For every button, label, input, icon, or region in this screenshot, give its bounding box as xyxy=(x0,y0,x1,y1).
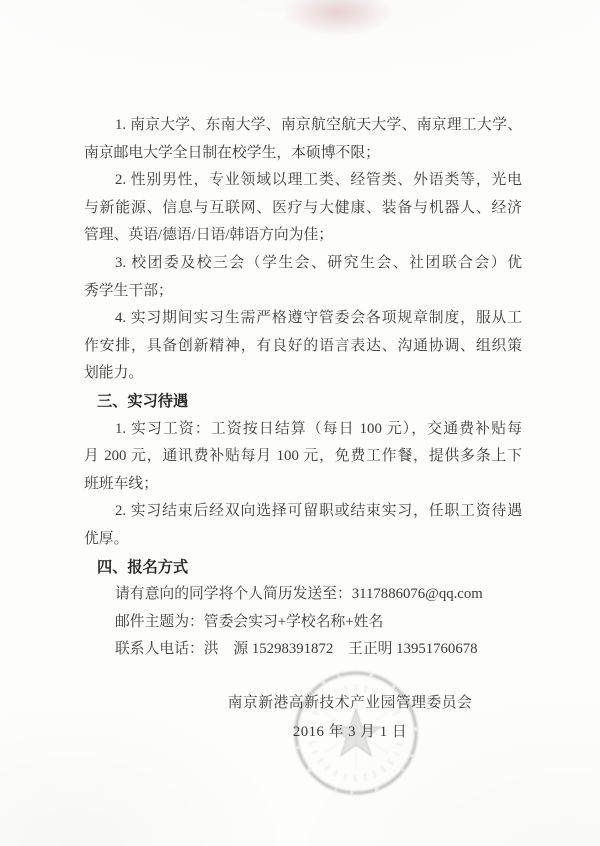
body-text-line: 联系人电话：洪 源 15298391872 王正明 13951760678 xyxy=(84,636,522,664)
body-text-line: 1. 南京大学、东南大学、南京航空航天大学、南京理工大学、 xyxy=(84,112,522,140)
body-text-line: 请有意向的同学将个人简历发送至：3117886076@qq.com xyxy=(84,581,522,609)
body-text-line: 4. 实习期间实习生需严格遵守管委会各项规章制度，服从工 xyxy=(84,305,522,333)
section-heading: 三、实习待遇 xyxy=(84,388,522,416)
signature-date: 2016 年 3 月 1 日 xyxy=(194,718,506,747)
body-text-line: 月 200 元，通讯费补贴每月 100 元，免费工作餐，提供多条上下 xyxy=(84,443,522,471)
section-heading: 四、报名方式 xyxy=(84,554,522,582)
scanned-document-page: 1. 南京大学、东南大学、南京航空航天大学、南京理工大学、南京邮电大学全日制在校… xyxy=(0,0,600,846)
signature-block: 南京新港高新技术产业园管理委员会 2016 年 3 月 1 日 xyxy=(194,689,506,747)
body-text-line: 划能力。 xyxy=(84,360,522,388)
document-body: 1. 南京大学、东南大学、南京航空航天大学、南京理工大学、南京邮电大学全日制在校… xyxy=(84,112,522,664)
body-text-line: 班班车线； xyxy=(84,471,522,499)
body-text-line: 管理、英语/德语/日语/韩语方向为佳； xyxy=(84,222,522,250)
signature-organization: 南京新港高新技术产业园管理委员会 xyxy=(194,689,506,718)
body-text-line: 南京邮电大学全日制在校学生，本硕博不限； xyxy=(84,140,522,168)
body-text-line: 1. 实习工资：工资按日结算（每日 100 元），交通费补贴每 xyxy=(84,416,522,444)
body-text-line: 3. 校团委及校三会（学生会、研究生会、社团联合会）优 xyxy=(84,250,522,278)
scan-artifact-smudge xyxy=(278,0,398,38)
body-text-line: 2. 实习结束后经双向选择可留职或结束实习，任职工资待遇 xyxy=(84,498,522,526)
body-text-line: 优厚。 xyxy=(84,526,522,554)
body-text-line: 作安排，具备创新精神，有良好的语言表达、沟通协调、组织策 xyxy=(84,333,522,361)
body-text-line: 2. 性别男性，专业领域以理工类、经管类、外语类等，光电 xyxy=(84,167,522,195)
body-text-line: 与新能源、信息与互联网、医疗与大健康、装备与机器人、经济 xyxy=(84,195,522,223)
body-text-line: 秀学生干部； xyxy=(84,278,522,306)
body-text-line: 邮件主题为：管委会实习+学校名称+姓名 xyxy=(84,609,522,637)
